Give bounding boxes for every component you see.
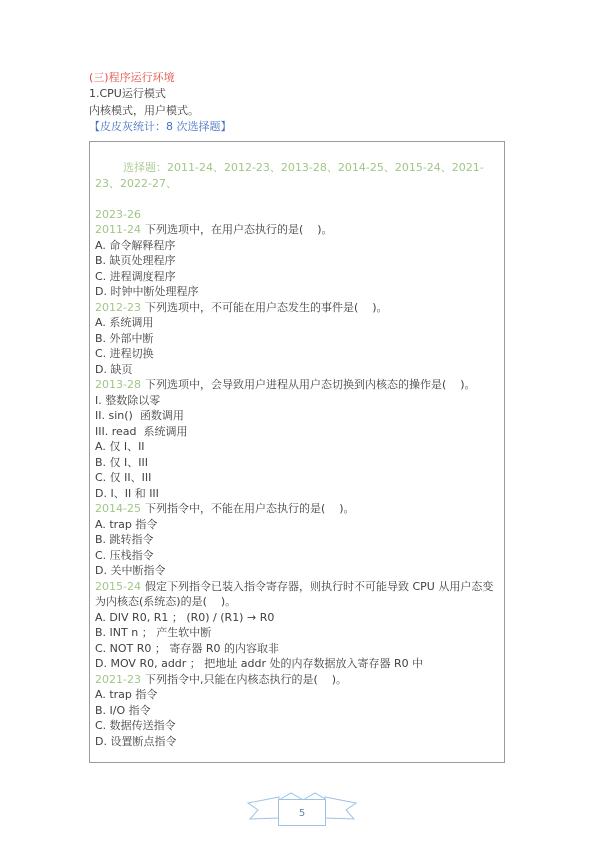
page-content: (三)程序运行环境 1.CPU运行模式 内核模式，用户模式。 【皮皮灰统计：8 … — [89, 70, 505, 763]
question-text: 假定下列指令已装入指令寄存器，则执行时不可能导致 CPU 从用户态变为内核态(系… — [95, 580, 493, 609]
question-option: A. trap 指令 — [95, 517, 496, 533]
question-option: D. I、II 和 III — [95, 486, 496, 502]
question-option: B. 跳转指令 — [95, 532, 496, 548]
question-option: B. 仅 I、III — [95, 455, 496, 471]
question-option: C. 进程调度程序 — [95, 269, 496, 285]
question-stem: 2011-24下列选项中，在用户态执行的是( )。 — [95, 222, 496, 238]
summary-line-2: 2023-26 — [95, 207, 496, 223]
question-option: C. 仅 II、III — [95, 470, 496, 486]
question-option: A. trap 指令 — [95, 687, 496, 703]
question-option: B. I/O 指令 — [95, 703, 496, 719]
ribbon-banner-icon: 5 — [246, 788, 358, 828]
subsection-title: 1.CPU运行模式 — [89, 86, 505, 102]
question-option: A. 系统调用 — [95, 315, 496, 331]
question-stem: 2012-23下列选项中，不可能在用户态发生的事件是( )。 — [95, 300, 496, 316]
summary-line-1: 选择题：2011-24、2012-23、2013-28、2014-25、2015… — [95, 145, 496, 207]
question-number: 2014-25 — [95, 502, 141, 515]
summary-label: 选择题： — [123, 161, 167, 174]
question-option: D. 时钟中断处理程序 — [95, 284, 496, 300]
question-stem: 2021-23下列指令中,只能在内核态执行的是( )。 — [95, 672, 496, 688]
page-footer-ribbon: 5 — [246, 788, 358, 828]
question-box: 选择题：2011-24、2012-23、2013-28、2014-25、2015… — [89, 141, 505, 763]
question-number: 2013-28 — [95, 378, 141, 391]
question-option: A. 命令解释程序 — [95, 238, 496, 254]
question-stem: 2013-28下列选项中，会导致用户进程从用户态切换到内核态的操作是( )。 — [95, 377, 496, 393]
question-option: D. 设置断点指令 — [95, 734, 496, 750]
question-text: 下列指令中，不能在用户态执行的是( )。 — [145, 502, 355, 515]
question-option: C. 数据传送指令 — [95, 718, 496, 734]
question-text: 下列选项中，不可能在用户态发生的事件是( )。 — [145, 301, 388, 314]
question-text: 下列选项中，在用户态执行的是( )。 — [145, 223, 333, 236]
question-option: D. 缺页 — [95, 362, 496, 378]
question-stem: 2015-24假定下列指令已装入指令寄存器，则执行时不可能导致 CPU 从用户态… — [95, 579, 496, 610]
section-heading: (三)程序运行环境 — [89, 70, 505, 86]
question-option: B. INT n ； 产生软中断 — [95, 625, 496, 641]
question-option: D. 关中断指令 — [95, 563, 496, 579]
question-number: 2015-24 — [95, 580, 141, 593]
question-option: A. 仅 I、II — [95, 439, 496, 455]
question-option: III. read 系统调用 — [95, 424, 496, 440]
question-option: B. 缺页处理程序 — [95, 253, 496, 269]
question-option: C. 进程切换 — [95, 346, 496, 362]
question-number: 2012-23 — [95, 301, 141, 314]
page-number: 5 — [299, 808, 305, 819]
question-number: 2021-23 — [95, 673, 141, 686]
question-option: C. 压栈指令 — [95, 548, 496, 564]
question-text: 下列指令中,只能在内核态执行的是( )。 — [145, 673, 347, 686]
question-option: I. 整数除以零 — [95, 393, 496, 409]
question-option: D. MOV R0, addr ； 把地址 addr 处的内存数据放入寄存器 R… — [95, 656, 496, 672]
question-list: 2011-24下列选项中，在用户态执行的是( )。A. 命令解释程序B. 缺页处… — [95, 222, 496, 749]
body-text: 内核模式，用户模式。 — [89, 103, 505, 119]
question-option: B. 外部中断 — [95, 331, 496, 347]
question-stem: 2014-25下列指令中，不能在用户态执行的是( )。 — [95, 501, 496, 517]
question-text: 下列选项中，会导致用户进程从用户态切换到内核态的操作是( )。 — [145, 378, 476, 391]
question-option: A. DIV R0, R1 ； (R0) / (R1) → R0 — [95, 610, 496, 626]
question-option: II. sin() 函数调用 — [95, 408, 496, 424]
question-option: C. NOT R0 ； 寄存器 R0 的内容取非 — [95, 641, 496, 657]
question-number: 2011-24 — [95, 223, 141, 236]
document-page: (三)程序运行环境 1.CPU运行模式 内核模式，用户模式。 【皮皮灰统计：8 … — [0, 0, 596, 842]
stats-note: 【皮皮灰统计：8 次选择题】 — [89, 119, 505, 135]
